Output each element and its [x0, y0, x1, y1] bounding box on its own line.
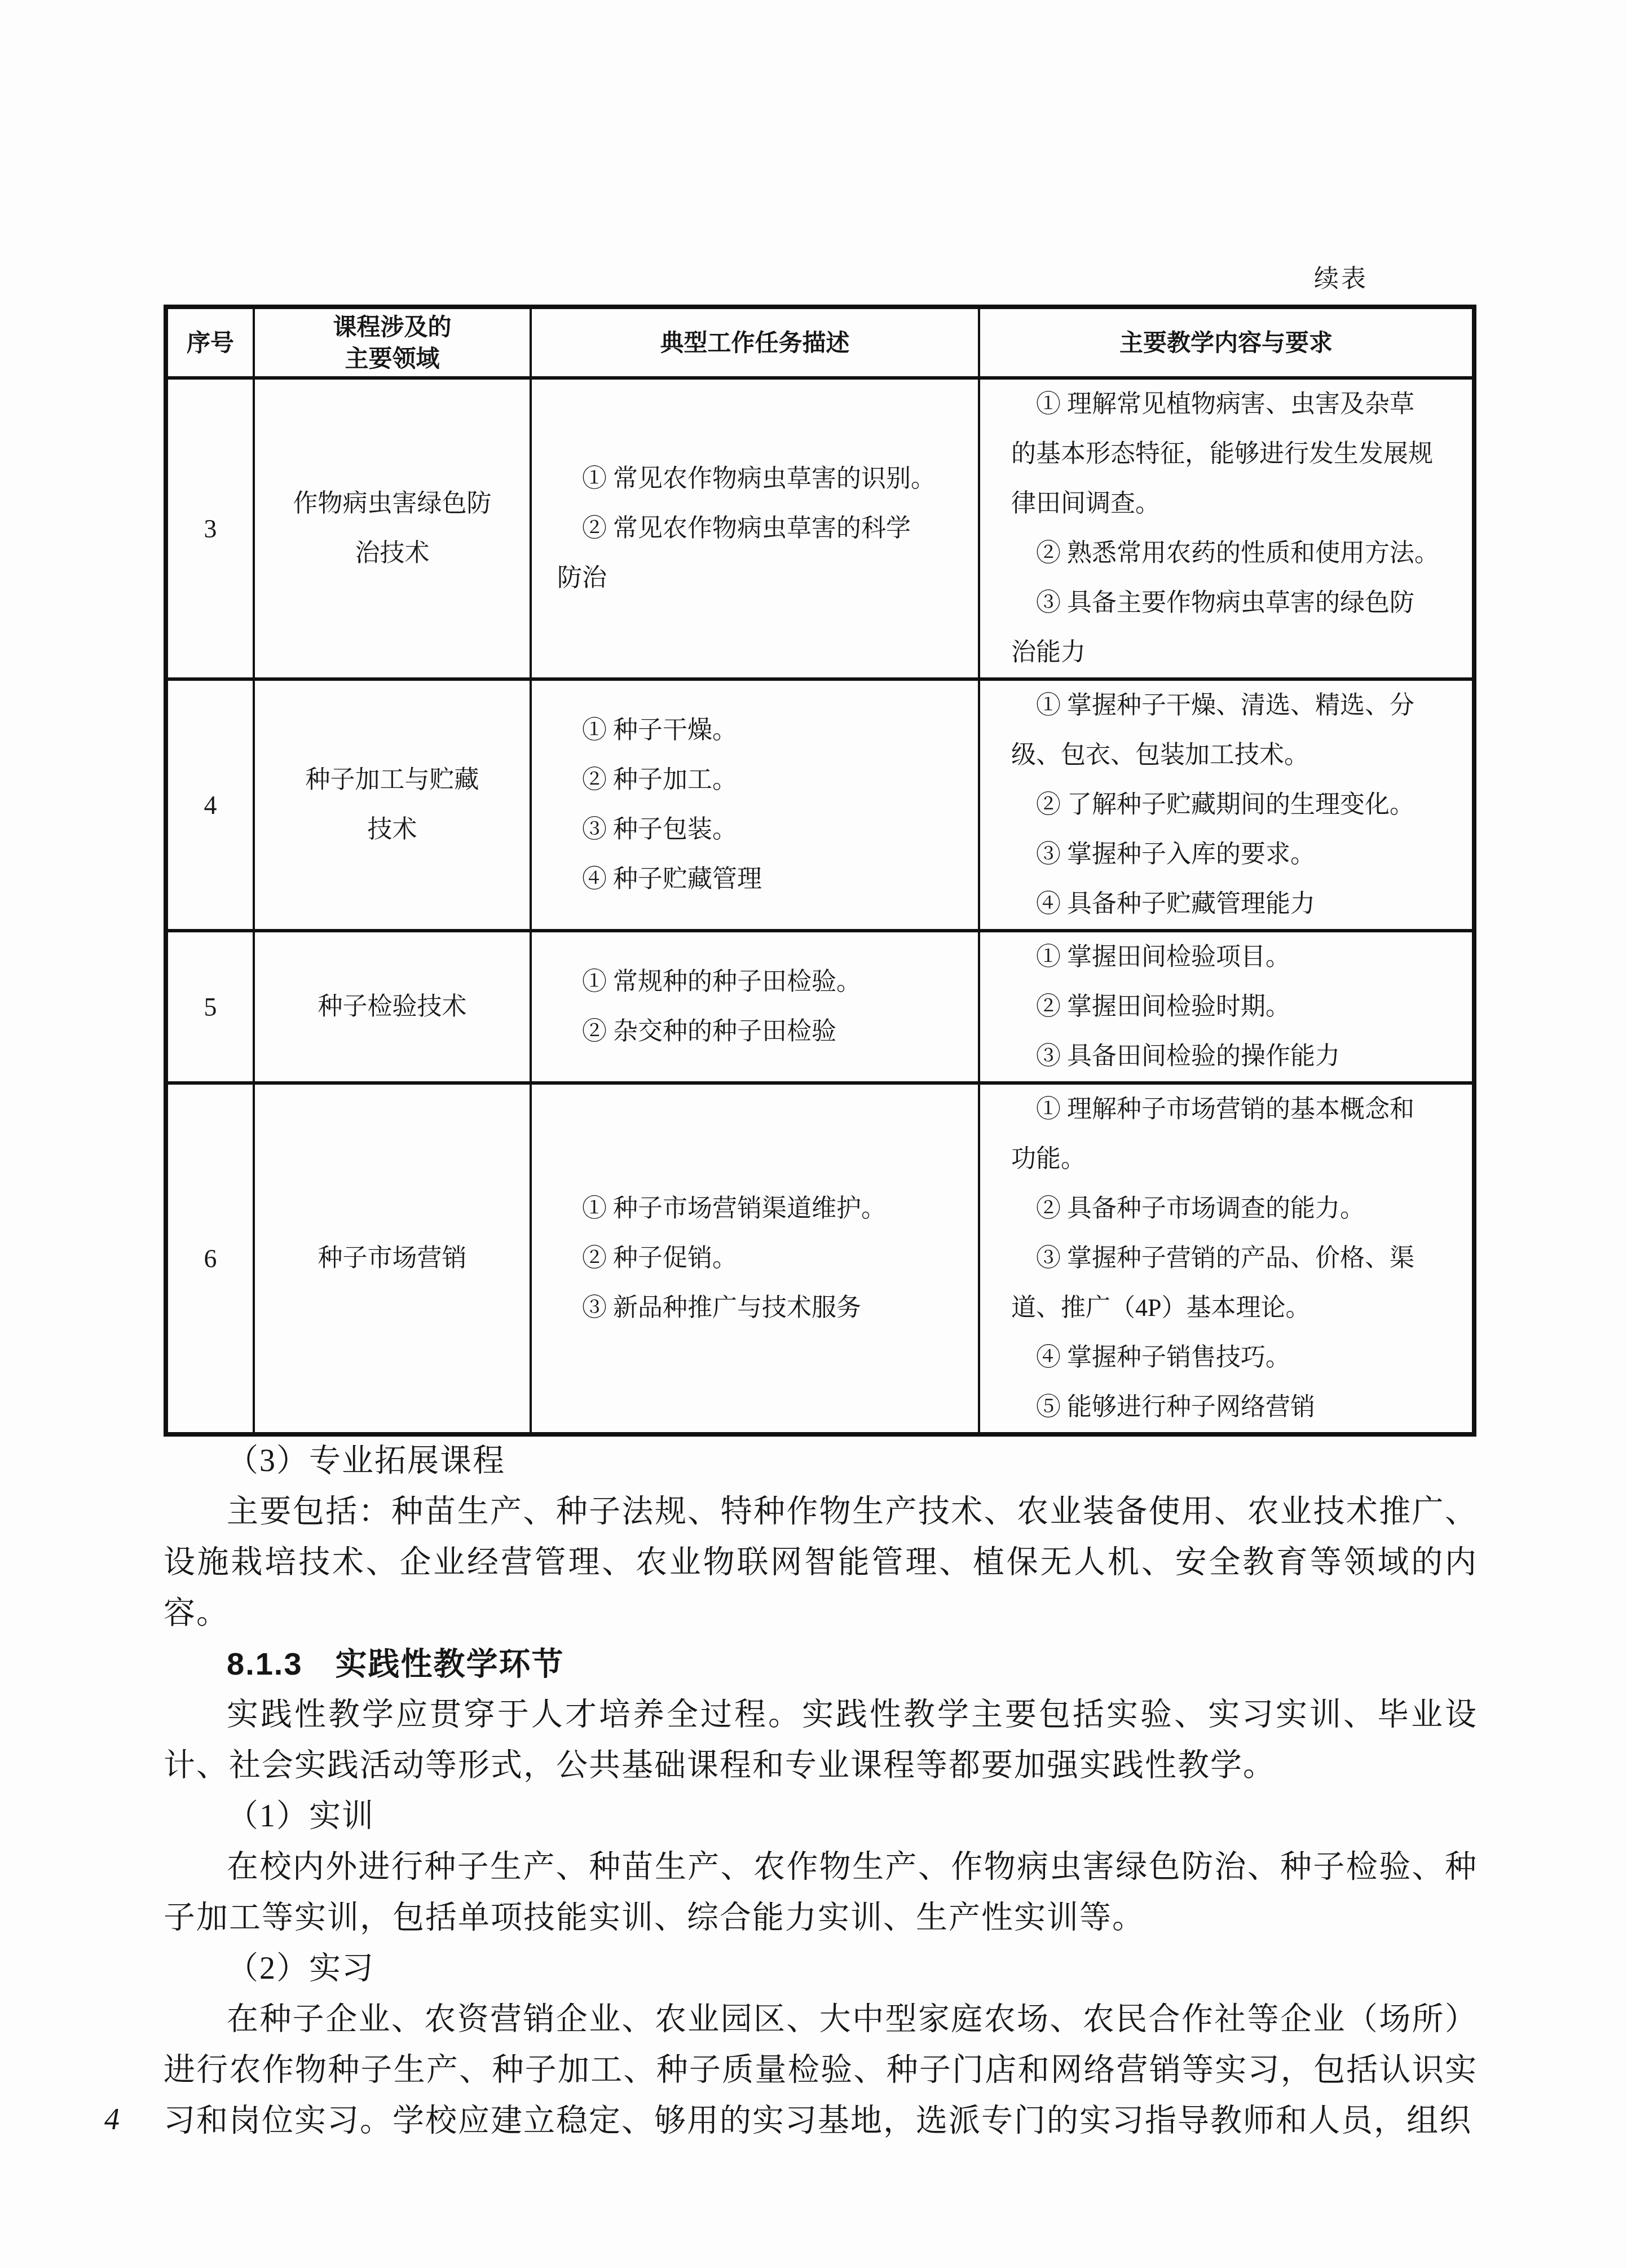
task-item: ① 常规种的种子田检验。	[557, 957, 953, 1007]
section-heading: 8.1.3 实践性教学环节	[164, 1639, 1478, 1689]
task-item: ① 常见农作物病虫草害的识别。	[557, 454, 953, 504]
cell-teaching-contents: ① 理解种子市场营销的基本概念和 功能。② 具备种子市场调查的能力。③ 掌握种子…	[979, 1083, 1474, 1434]
table-row: 6种子市场营销① 种子市场营销渠道维护。② 种子促销。③ 新品种推广与技术服务①…	[166, 1083, 1474, 1434]
body-paragraph: （1）实训	[164, 1791, 1478, 1842]
task-item: ① 种子市场营销渠道维护。	[557, 1184, 953, 1234]
cell-course-domain: 种子加工与贮藏 技术	[254, 679, 531, 931]
task-item: ④ 种子贮藏管理	[557, 855, 953, 904]
column-header-1: 课程涉及的 主要领域	[254, 307, 531, 378]
body-paragraph: 实践性教学应贯穿于人才培养全过程。实践性教学主要包括实验、实习实训、毕业设计、社…	[164, 1689, 1478, 1791]
task-item: ② 杂交种的种子田检验	[557, 1007, 953, 1056]
table-row: 4种子加工与贮藏 技术① 种子干燥。② 种子加工。③ 种子包装。④ 种子贮藏管理…	[166, 679, 1474, 931]
content-item: ④ 掌握种子销售技巧。	[1011, 1333, 1441, 1382]
cell-course-domain: 种子检验技术	[254, 931, 531, 1083]
body-paragraph: 在校内外进行种子生产、种苗生产、农作物生产、作物病虫害绿色防治、种子检验、种子加…	[164, 1842, 1478, 1943]
column-header-3: 主要教学内容与要求	[979, 307, 1474, 378]
cell-typical-tasks: ① 常规种的种子田检验。② 杂交种的种子田检验	[531, 931, 979, 1083]
table-header: 序号课程涉及的 主要领域典型工作任务描述主要教学内容与要求	[166, 307, 1474, 378]
column-header-2: 典型工作任务描述	[531, 307, 979, 378]
content-item: ① 理解种子市场营销的基本概念和 功能。	[1011, 1085, 1441, 1184]
cell-teaching-contents: ① 掌握种子干燥、清选、精选、分 级、包衣、包装加工技术。② 了解种子贮藏期间的…	[979, 679, 1474, 931]
cell-teaching-contents: ① 理解常见植物病害、虫害及杂草 的基本形态特征，能够进行发生发展规 律田间调查…	[979, 378, 1474, 679]
continued-table-label: 续表	[1314, 258, 1404, 294]
cell-serial-number: 5	[166, 931, 254, 1083]
task-item: ② 种子加工。	[557, 755, 953, 805]
body-text: （3）专业拓展课程主要包括：种苗生产、种子法规、特种作物生产技术、农业装备使用、…	[164, 1435, 1478, 2146]
cell-typical-tasks: ① 种子市场营销渠道维护。② 种子促销。③ 新品种推广与技术服务	[531, 1083, 979, 1434]
content-item: ③ 具备田间检验的操作能力	[1011, 1032, 1441, 1081]
table-header-row: 序号课程涉及的 主要领域典型工作任务描述主要教学内容与要求	[166, 307, 1474, 378]
cell-serial-number: 4	[166, 679, 254, 931]
task-item: ② 常见农作物病虫草害的科学 防治	[557, 504, 953, 603]
content-item: ③ 具备主要作物病虫草害的绿色防 治能力	[1011, 578, 1441, 677]
task-item: ③ 种子包装。	[557, 805, 953, 855]
cell-serial-number: 6	[166, 1083, 254, 1434]
curriculum-table: 序号课程涉及的 主要领域典型工作任务描述主要教学内容与要求 3作物病虫害绿色防 …	[164, 305, 1476, 1437]
content-item: ② 熟悉常用农药的性质和使用方法。	[1011, 529, 1441, 578]
task-item: ① 种子干燥。	[557, 706, 953, 755]
cell-teaching-contents: ① 掌握田间检验项目。② 掌握田间检验时期。③ 具备田间检验的操作能力	[979, 931, 1474, 1083]
body-paragraph: （3）专业拓展课程	[164, 1435, 1478, 1486]
table-row: 3作物病虫害绿色防 治技术① 常见农作物病虫草害的识别。② 常见农作物病虫草害的…	[166, 378, 1474, 679]
body-paragraph: 主要包括：种苗生产、种子法规、特种作物生产技术、农业装备使用、农业技术推广、设施…	[164, 1486, 1478, 1639]
body-paragraph: （2）实习	[164, 1943, 1478, 1994]
table-body: 3作物病虫害绿色防 治技术① 常见农作物病虫草害的识别。② 常见农作物病虫草害的…	[166, 378, 1474, 1434]
content-item: ⑤ 能够进行种子网络营销	[1011, 1382, 1441, 1432]
content-item: ② 掌握田间检验时期。	[1011, 982, 1441, 1032]
content-item: ② 了解种子贮藏期间的生理变化。	[1011, 780, 1441, 830]
content-item: ① 理解常见植物病害、虫害及杂草 的基本形态特征，能够进行发生发展规 律田间调查…	[1011, 380, 1441, 529]
content-item: ① 掌握种子干燥、清选、精选、分 级、包衣、包装加工技术。	[1011, 681, 1441, 780]
content-item: ② 具备种子市场调查的能力。	[1011, 1184, 1441, 1234]
body-paragraph: 在种子企业、农资营销企业、农业园区、大中型家庭农场、农民合作社等企业（场所）进行…	[164, 1994, 1478, 2146]
task-item: ③ 新品种推广与技术服务	[557, 1283, 953, 1333]
table-row: 5种子检验技术① 常规种的种子田检验。② 杂交种的种子田检验① 掌握田间检验项目…	[166, 931, 1474, 1083]
task-item: ② 种子促销。	[557, 1234, 953, 1283]
cell-course-domain: 种子市场营销	[254, 1083, 531, 1434]
cell-course-domain: 作物病虫害绿色防 治技术	[254, 378, 531, 679]
document-page: { "page": { "continued_label": "续表", "pa…	[0, 0, 1627, 2268]
cell-typical-tasks: ① 种子干燥。② 种子加工。③ 种子包装。④ 种子贮藏管理	[531, 679, 979, 931]
cell-typical-tasks: ① 常见农作物病虫草害的识别。② 常见农作物病虫草害的科学 防治	[531, 378, 979, 679]
content-item: ① 掌握田间检验项目。	[1011, 932, 1441, 982]
content-item: ③ 掌握种子营销的产品、价格、渠 道、推广（4P）基本理论。	[1011, 1234, 1441, 1333]
cell-serial-number: 3	[166, 378, 254, 679]
content-item: ③ 掌握种子入库的要求。	[1011, 830, 1441, 879]
content-item: ④ 具备种子贮藏管理能力	[1011, 879, 1441, 929]
page-number: 4	[104, 2102, 120, 2137]
column-header-0: 序号	[166, 307, 254, 378]
